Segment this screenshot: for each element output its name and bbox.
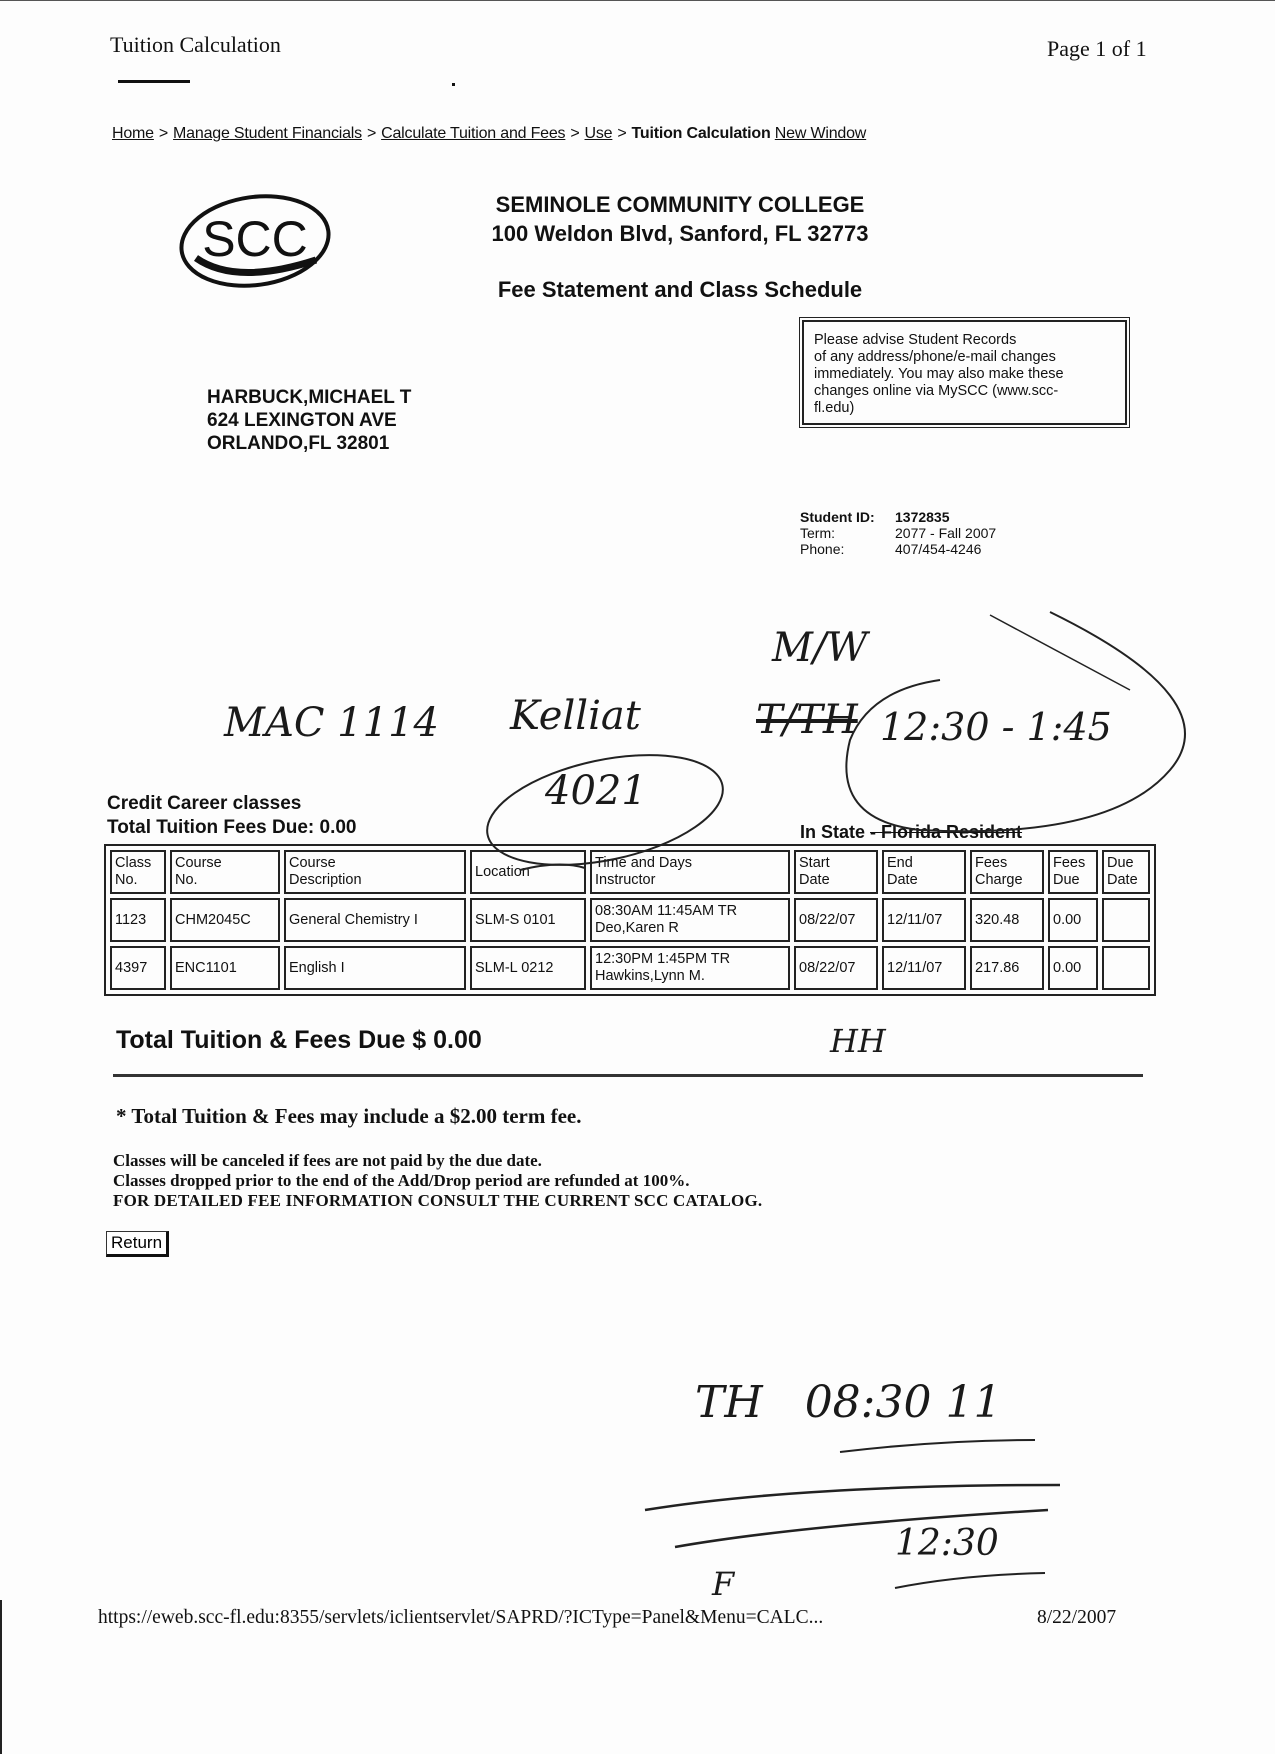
notice-line: changes online via MySCC (www.scc- xyxy=(814,383,1115,400)
handwritten-alt-time: 12:30 xyxy=(895,1523,999,1564)
term-fee-note: * Total Tuition & Fees may include a $2.… xyxy=(116,1104,582,1129)
college-logo-icon: SCC xyxy=(176,190,334,292)
fees-charge: 217.86 xyxy=(970,946,1044,990)
section-heading: Credit Career classes Total Tuition Fees… xyxy=(107,792,357,840)
handwritten-room: 4021 xyxy=(545,768,647,814)
phone-label: Phone: xyxy=(800,541,895,557)
fees-due: 0.00 xyxy=(1048,898,1098,942)
student-id-label: Student ID: xyxy=(800,509,895,525)
handwritten-alt-schedule: TH 08:30 11 xyxy=(695,1377,1001,1428)
handwritten-days: M/W xyxy=(772,625,868,671)
handwritten-instructor: Kelliat xyxy=(510,693,641,739)
print-header-title: Tuition Calculation xyxy=(110,32,281,58)
table-row: 1123 CHM2045C General Chemistry I SLM-S … xyxy=(110,898,1150,942)
col-end-date: EndDate xyxy=(882,850,966,894)
end-date: 12/11/07 xyxy=(882,898,966,942)
end-date: 12/11/07 xyxy=(882,946,966,990)
col-description: CourseDescription xyxy=(284,850,466,894)
scan-mark xyxy=(118,80,190,83)
college-name: SEMINOLE COMMUNITY COLLEGE xyxy=(420,192,940,218)
time-instructor: 08:30AM 11:45AM TRDeo,Karen R xyxy=(590,898,790,942)
residency-prefix: In State xyxy=(800,822,865,842)
college-address: 100 Weldon Blvd, Sanford, FL 32773 xyxy=(420,221,940,247)
breadcrumb-home[interactable]: Home xyxy=(112,125,154,142)
breadcrumb-manage-student-financials[interactable]: Manage Student Financials xyxy=(173,125,362,142)
class-no: 4397 xyxy=(110,946,166,990)
class-schedule-table: ClassNo. CourseNo. CourseDescription Loc… xyxy=(104,844,1156,996)
col-fees-charge: FeesCharge xyxy=(970,850,1044,894)
start-date: 08/22/07 xyxy=(794,898,878,942)
course-no: ENC1101 xyxy=(170,946,280,990)
fees-charge: 320.48 xyxy=(970,898,1044,942)
col-course-no: CourseNo. xyxy=(170,850,280,894)
footer-url: https://eweb.scc-fl.edu:8355/servlets/ic… xyxy=(98,1607,823,1629)
time-instructor: 12:30PM 1:45PM TRHawkins,Lynn M. xyxy=(590,946,790,990)
col-start-date: StartDate xyxy=(794,850,878,894)
notice-line: of any address/phone/e-mail changes xyxy=(814,349,1115,366)
phone-row: Phone: 407/454-4246 xyxy=(800,541,996,557)
residency-struck: - Florida Resident xyxy=(870,822,1022,842)
col-location: Location xyxy=(470,850,586,894)
section-total-due: Total Tuition Fees Due: 0.00 xyxy=(107,816,357,840)
notice-line: Please advise Student Records xyxy=(814,332,1115,349)
scan-edge-mark xyxy=(0,1600,2,1754)
page-count: Page 1 of 1 xyxy=(1047,36,1147,62)
col-time-instructor: Time and DaysInstructor xyxy=(590,850,790,894)
breadcrumb-separator: > xyxy=(367,125,376,142)
course-description: General Chemistry I xyxy=(284,898,466,942)
student-street: 624 LEXINGTON AVE xyxy=(207,409,411,432)
handwritten-alt-day: F xyxy=(712,1565,734,1603)
col-fees-due: FeesDue xyxy=(1048,850,1098,894)
notice-line: immediately. You may also make these xyxy=(814,366,1115,383)
student-id-value: 1372835 xyxy=(895,509,950,525)
return-button[interactable]: Return xyxy=(106,1231,169,1257)
course-description: English I xyxy=(284,946,466,990)
breadcrumb-calculate-tuition[interactable]: Calculate Tuition and Fees xyxy=(381,125,565,142)
class-no: 1123 xyxy=(110,898,166,942)
breadcrumb-separator: > xyxy=(159,125,168,142)
term-row: Term: 2077 - Fall 2007 xyxy=(800,525,996,541)
table-header-row: ClassNo. CourseNo. CourseDescription Loc… xyxy=(110,850,1150,894)
student-id-row: Student ID: 1372835 xyxy=(800,509,996,525)
fees-due: 0.00 xyxy=(1048,946,1098,990)
course-no: CHM2045C xyxy=(170,898,280,942)
start-date: 08/22/07 xyxy=(794,946,878,990)
phone-value: 407/454-4246 xyxy=(895,541,981,557)
policy-notes: Classes will be canceled if fees are not… xyxy=(113,1151,762,1211)
notice-line: fl.edu) xyxy=(814,400,1115,417)
handwritten-days-struck: T/TH xyxy=(756,697,858,743)
career-heading: Credit Career classes xyxy=(107,792,357,816)
student-info: Student ID: 1372835 Term: 2077 - Fall 20… xyxy=(800,509,996,557)
handwritten-time: 12:30 - 1:45 xyxy=(880,705,1112,749)
student-name: HARBUCK,MICHAEL T xyxy=(207,386,411,409)
breadcrumb-separator: > xyxy=(617,125,626,142)
handwritten-course: MAC 1114 xyxy=(224,700,439,746)
term-label: Term: xyxy=(800,525,895,541)
logo-text: SCC xyxy=(202,211,308,267)
page-top-edge xyxy=(0,0,1275,7)
residency-status: In State - Florida Resident xyxy=(800,822,1022,843)
new-window-link[interactable]: New Window xyxy=(775,125,866,142)
table-row: 4397 ENC1101 English I SLM-L 0212 12:30P… xyxy=(110,946,1150,990)
breadcrumb-current: Tuition Calculation xyxy=(632,125,771,142)
policy-line: Classes dropped prior to the end of the … xyxy=(113,1171,762,1191)
policy-line: Classes will be canceled if fees are not… xyxy=(113,1151,762,1171)
col-due-date: DueDate xyxy=(1102,850,1150,894)
footer-date: 8/22/2007 xyxy=(1037,1607,1116,1629)
location: SLM-S 0101 xyxy=(470,898,586,942)
student-mailing-address: HARBUCK,MICHAEL T 624 LEXINGTON AVE ORLA… xyxy=(207,386,411,455)
col-class-no: ClassNo. xyxy=(110,850,166,894)
location: SLM-L 0212 xyxy=(470,946,586,990)
due-date xyxy=(1102,898,1150,942)
scan-dot xyxy=(452,83,455,86)
term-value: 2077 - Fall 2007 xyxy=(895,525,996,541)
policy-line: FOR DETAILED FEE INFORMATION CONSULT THE… xyxy=(113,1191,762,1211)
student-city: ORLANDO,FL 32801 xyxy=(207,432,411,455)
total-tuition-due: Total Tuition & Fees Due $ 0.00 xyxy=(116,1026,482,1055)
handwritten-initials: HH xyxy=(830,1022,886,1060)
breadcrumb-use[interactable]: Use xyxy=(585,125,613,142)
breadcrumb-separator: > xyxy=(570,125,579,142)
address-change-notice: Please advise Student Records of any add… xyxy=(802,320,1127,425)
breadcrumb: Home>Manage Student Financials>Calculate… xyxy=(112,125,866,143)
document-title: Fee Statement and Class Schedule xyxy=(420,277,940,303)
divider xyxy=(113,1074,1143,1077)
due-date xyxy=(1102,946,1150,990)
